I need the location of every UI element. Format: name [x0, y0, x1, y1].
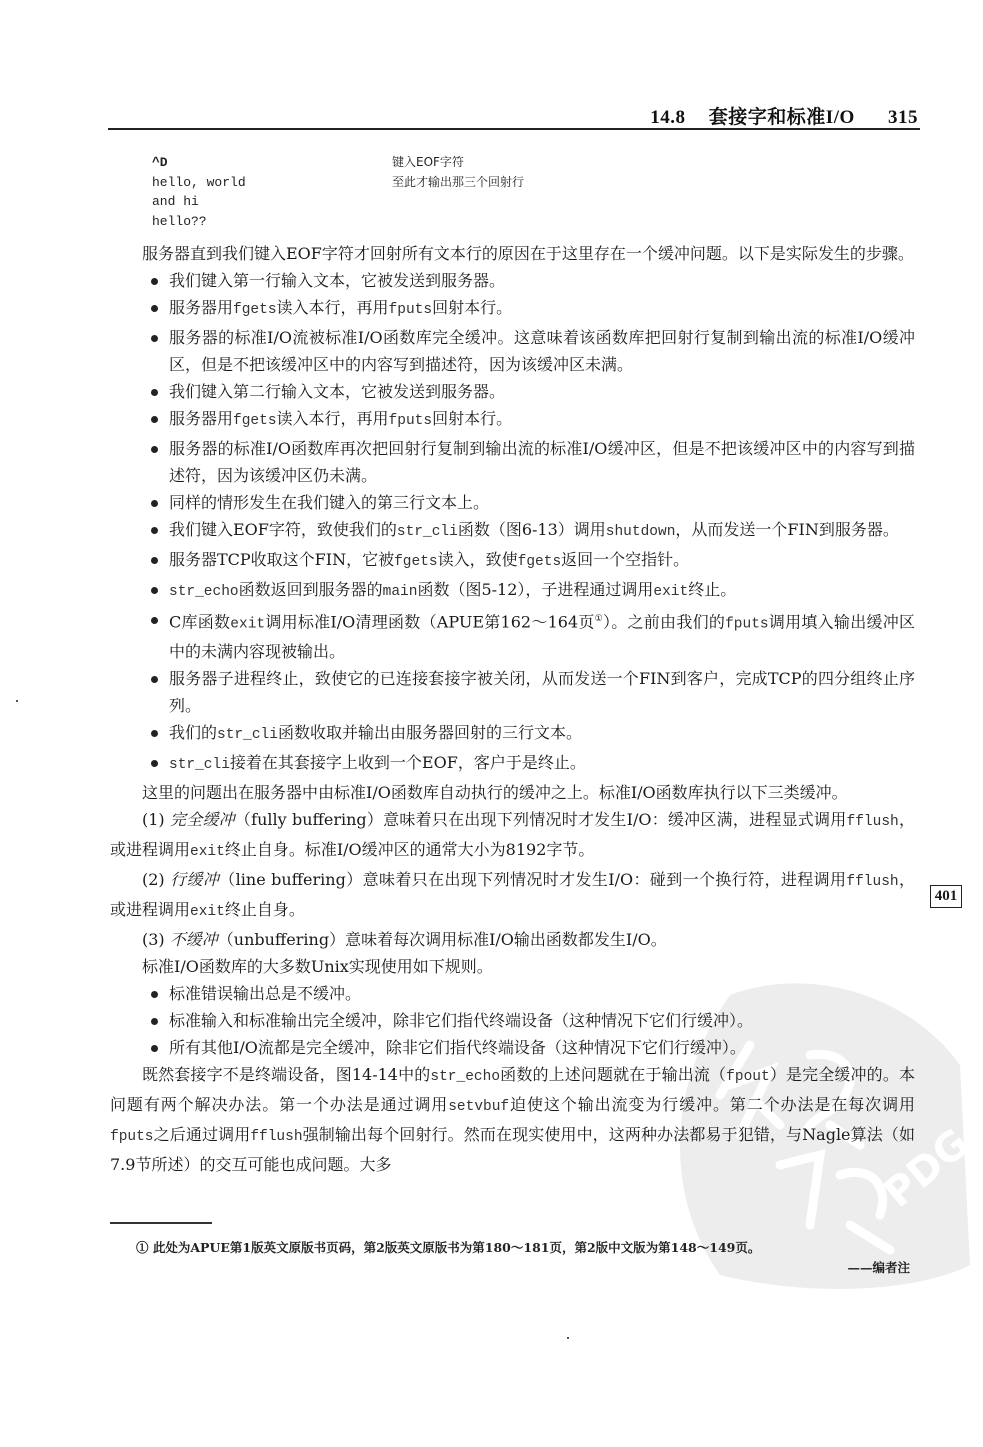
scan-speck: [567, 1337, 569, 1339]
code-identifier: str_cli: [217, 727, 278, 743]
list-item: 服务器用fgets读入本行，再用fputs回射本行。: [148, 294, 915, 324]
footnote-text: ① 此处为APUE第1版英文原版书页码，第2版英文原版书为第180～181页，第…: [136, 1238, 916, 1258]
header-rule: [108, 128, 920, 130]
code-identifier: str_echo: [430, 1069, 500, 1085]
buffering-types: (1) 完全缓冲（fully buffering）意味着只在出现下列情况时才发生…: [110, 806, 915, 953]
rules-intro: 标准I/O函数库的大多数Unix实现使用如下规则。: [110, 953, 915, 980]
list-item: 我们键入第二行输入文本，它被发送到服务器。: [148, 378, 915, 405]
code-identifier: exit: [230, 616, 265, 632]
list-item: 服务器用fgets读入本行，再用fputs回射本行。: [148, 405, 915, 435]
code-identifier: shutdown: [606, 524, 676, 540]
buffering-type-paragraph: (3) 不缓冲（unbuffering）意味着每次调用标准I/O输出函数都发生I…: [110, 926, 915, 953]
list-item: 服务器TCP收取这个FIN，它被fgets读入，致使fgets返回一个空指针。: [148, 546, 915, 576]
code-identifier: exit: [190, 844, 225, 860]
code-identifier: main: [383, 584, 418, 600]
list-item: C库函数exit调用标准I/O清理函数（APUE第162～164页①）。之前由我…: [148, 606, 915, 665]
code-identifier: fputs: [110, 1129, 154, 1145]
code-identifier: str_echo: [169, 584, 239, 600]
code-annotation: 键入EOF字符: [392, 153, 464, 173]
code-identifier: exit: [653, 584, 688, 600]
code-row: and hi: [152, 192, 852, 212]
steps-list: 我们键入第一行输入文本，它被发送到服务器。服务器用fgets读入本行，再用fpu…: [110, 267, 915, 779]
problem-paragraph: 这里的问题出在服务器中由标准I/O函数库自动执行的缓冲之上。标准I/O函数库执行…: [110, 779, 915, 806]
code-identifier: str_cli: [397, 524, 458, 540]
list-item: 服务器的标准I/O函数库再次把回射行复制到输出流的标准I/O缓冲区，但是不把该缓…: [148, 435, 915, 489]
code-line: hello??: [152, 212, 392, 232]
code-identifier: str_cli: [169, 757, 230, 773]
list-item: 同样的情形发生在我们键入的第三行文本上。: [148, 489, 915, 516]
list-item: 标准错误输出总是不缓冲。: [148, 980, 915, 1007]
list-item: 我们的str_cli函数收取并输出由服务器回射的三行文本。: [148, 719, 915, 749]
body-text: 服务器直到我们键入EOF字符才回射所有文本行的原因在于这里存在一个缓冲问题。以下…: [110, 240, 915, 1178]
page-number: 315: [888, 107, 918, 128]
code-identifier: setvbuf: [448, 1099, 509, 1115]
code-identifier: fputs: [725, 616, 769, 632]
term: 不缓冲: [170, 930, 218, 949]
code-identifier: fgets: [394, 554, 438, 570]
list-item: 所有其他I/O流都是完全缓冲，除非它们指代终端设备（这种情况下它们行缓冲）。: [148, 1034, 915, 1061]
rules-list: 标准错误输出总是不缓冲。 标准输入和标准输出完全缓冲，除非它们指代终端设备（这种…: [110, 980, 915, 1061]
list-item: 服务器子进程终止，致使它的已连接套接字被关闭，从而发送一个FIN到客户，完成TC…: [148, 665, 915, 719]
code-identifier: fgets: [233, 413, 277, 429]
list-item: str_echo函数返回到服务器的main函数（图5-12），子进程通过调用ex…: [148, 576, 915, 606]
code-line: ^D: [152, 153, 392, 173]
code-identifier: fflush: [250, 1129, 302, 1145]
code-identifier: fputs: [389, 413, 433, 429]
code-annotation: 至此才输出那三个回射行: [392, 173, 524, 193]
code-identifier: fputs: [389, 302, 433, 318]
buffering-type-paragraph: (1) 完全缓冲（fully buffering）意味着只在出现下列情况时才发生…: [110, 806, 915, 866]
code-identifier: fgets: [233, 302, 277, 318]
original-page-ref-badge: 401: [930, 885, 962, 908]
code-identifier: fflush: [846, 874, 898, 890]
code-identifier: exit: [190, 904, 225, 920]
code-row: ^D 键入EOF字符: [152, 153, 852, 173]
intro-paragraph: 服务器直到我们键入EOF字符才回射所有文本行的原因在于这里存在一个缓冲问题。以下…: [110, 240, 915, 267]
running-header: 14.8 套接字和标准I/O 315: [108, 102, 918, 128]
list-item: 我们键入第一行输入文本，它被发送到服务器。: [148, 267, 915, 294]
list-item: 服务器的标准I/O流被标准I/O函数库完全缓冲。这意味着该函数库把回射行复制到输…: [148, 324, 915, 378]
code-identifier: fgets: [518, 554, 562, 570]
term: 完全缓冲: [170, 810, 235, 829]
code-identifier: fflush: [847, 814, 899, 830]
list-item: 我们键入EOF字符，致使我们的str_cli函数（图6-13）调用shutdow…: [148, 516, 915, 546]
footnote-marker: ①: [595, 614, 603, 624]
list-item: 标准输入和标准输出完全缓冲，除非它们指代终端设备（这种情况下它们行缓冲）。: [148, 1007, 915, 1034]
footnote-signature: ——编者注: [600, 1258, 910, 1278]
conclusion-paragraph: 既然套接字不是终端设备，图14-14中的str_echo函数的上述问题就在于输出…: [110, 1061, 915, 1178]
footnote-rule: [110, 1222, 212, 1224]
section-number: 14.8: [650, 107, 685, 128]
buffering-type-paragraph: (2) 行缓冲（line buffering）意味着只在出现下列情况时才发生I/…: [110, 866, 915, 926]
section-title: 套接字和标准I/O: [709, 107, 855, 128]
code-line: and hi: [152, 192, 392, 212]
terminal-output-sample: ^D 键入EOF字符 hello, world 至此才输出那三个回射行 and …: [152, 153, 852, 231]
code-identifier: fpout: [726, 1069, 770, 1085]
code-line: hello, world: [152, 173, 392, 193]
term: 行缓冲: [170, 870, 219, 889]
scan-speck: [16, 700, 18, 702]
list-item: str_cli接着在其套接字上收到一个EOF，客户于是终止。: [148, 749, 915, 779]
document-page: PDG 14.8 套接字和标准I/O 315 ^D 键入EOF字符 hello,…: [0, 0, 983, 1447]
code-row: hello, world 至此才输出那三个回射行: [152, 173, 852, 193]
code-row: hello??: [152, 212, 852, 232]
